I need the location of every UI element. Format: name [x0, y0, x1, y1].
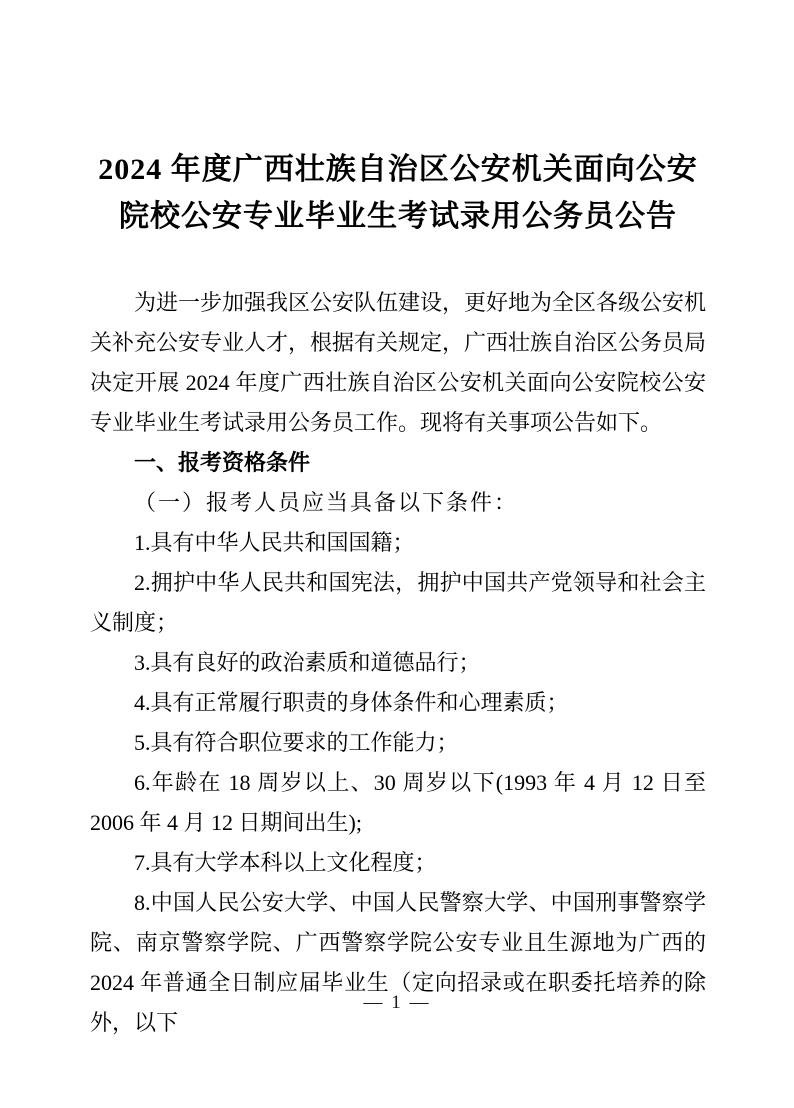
- intro-paragraph: 为进一步加强我区公安队伍建设，更好地为全区各级公安机关补充公安专业人才，根据有关…: [90, 283, 706, 443]
- document-body: 为进一步加强我区公安队伍建设，更好地为全区各级公安机关补充公安专业人才，根据有关…: [90, 283, 706, 1043]
- document-title-line-1: 2024 年度广西壮族自治区公安机关面向公安: [98, 153, 698, 186]
- section-heading-eligibility: 一、报考资格条件: [90, 443, 706, 483]
- condition-item: 3.具有良好的政治素质和道德品行；: [90, 643, 706, 683]
- condition-item: 6.年龄在 18 周岁以上、30 周岁以下(1993 年 4 月 12 日至 2…: [90, 763, 706, 843]
- document-title-line-2: 院校公安专业毕业生考试录用公务员公告: [119, 200, 677, 233]
- subsection-heading-conditions: （一）报考人员应当具备以下条件：: [90, 483, 706, 523]
- condition-item: 4.具有正常履行职责的身体条件和心理素质；: [90, 683, 706, 723]
- condition-item: 5.具有符合职位要求的工作能力；: [90, 723, 706, 763]
- document-page: 2024 年度广西壮族自治区公安机关面向公安 院校公安专业毕业生考试录用公务员公…: [0, 0, 794, 1108]
- document-title: 2024 年度广西壮族自治区公安机关面向公安 院校公安专业毕业生考试录用公务员公…: [90, 146, 706, 240]
- condition-item: 7.具有大学本科以上文化程度；: [90, 843, 706, 883]
- page-number: — 1 —: [0, 992, 794, 1014]
- condition-item: 2.拥护中华人民共和国宪法，拥护中国共产党领导和社会主义制度；: [90, 563, 706, 643]
- condition-item: 1.具有中华人民共和国国籍；: [90, 523, 706, 563]
- condition-item: 8.中国人民公安大学、中国人民警察大学、中国刑事警察学院、南京警察学院、广西警察…: [90, 883, 706, 1043]
